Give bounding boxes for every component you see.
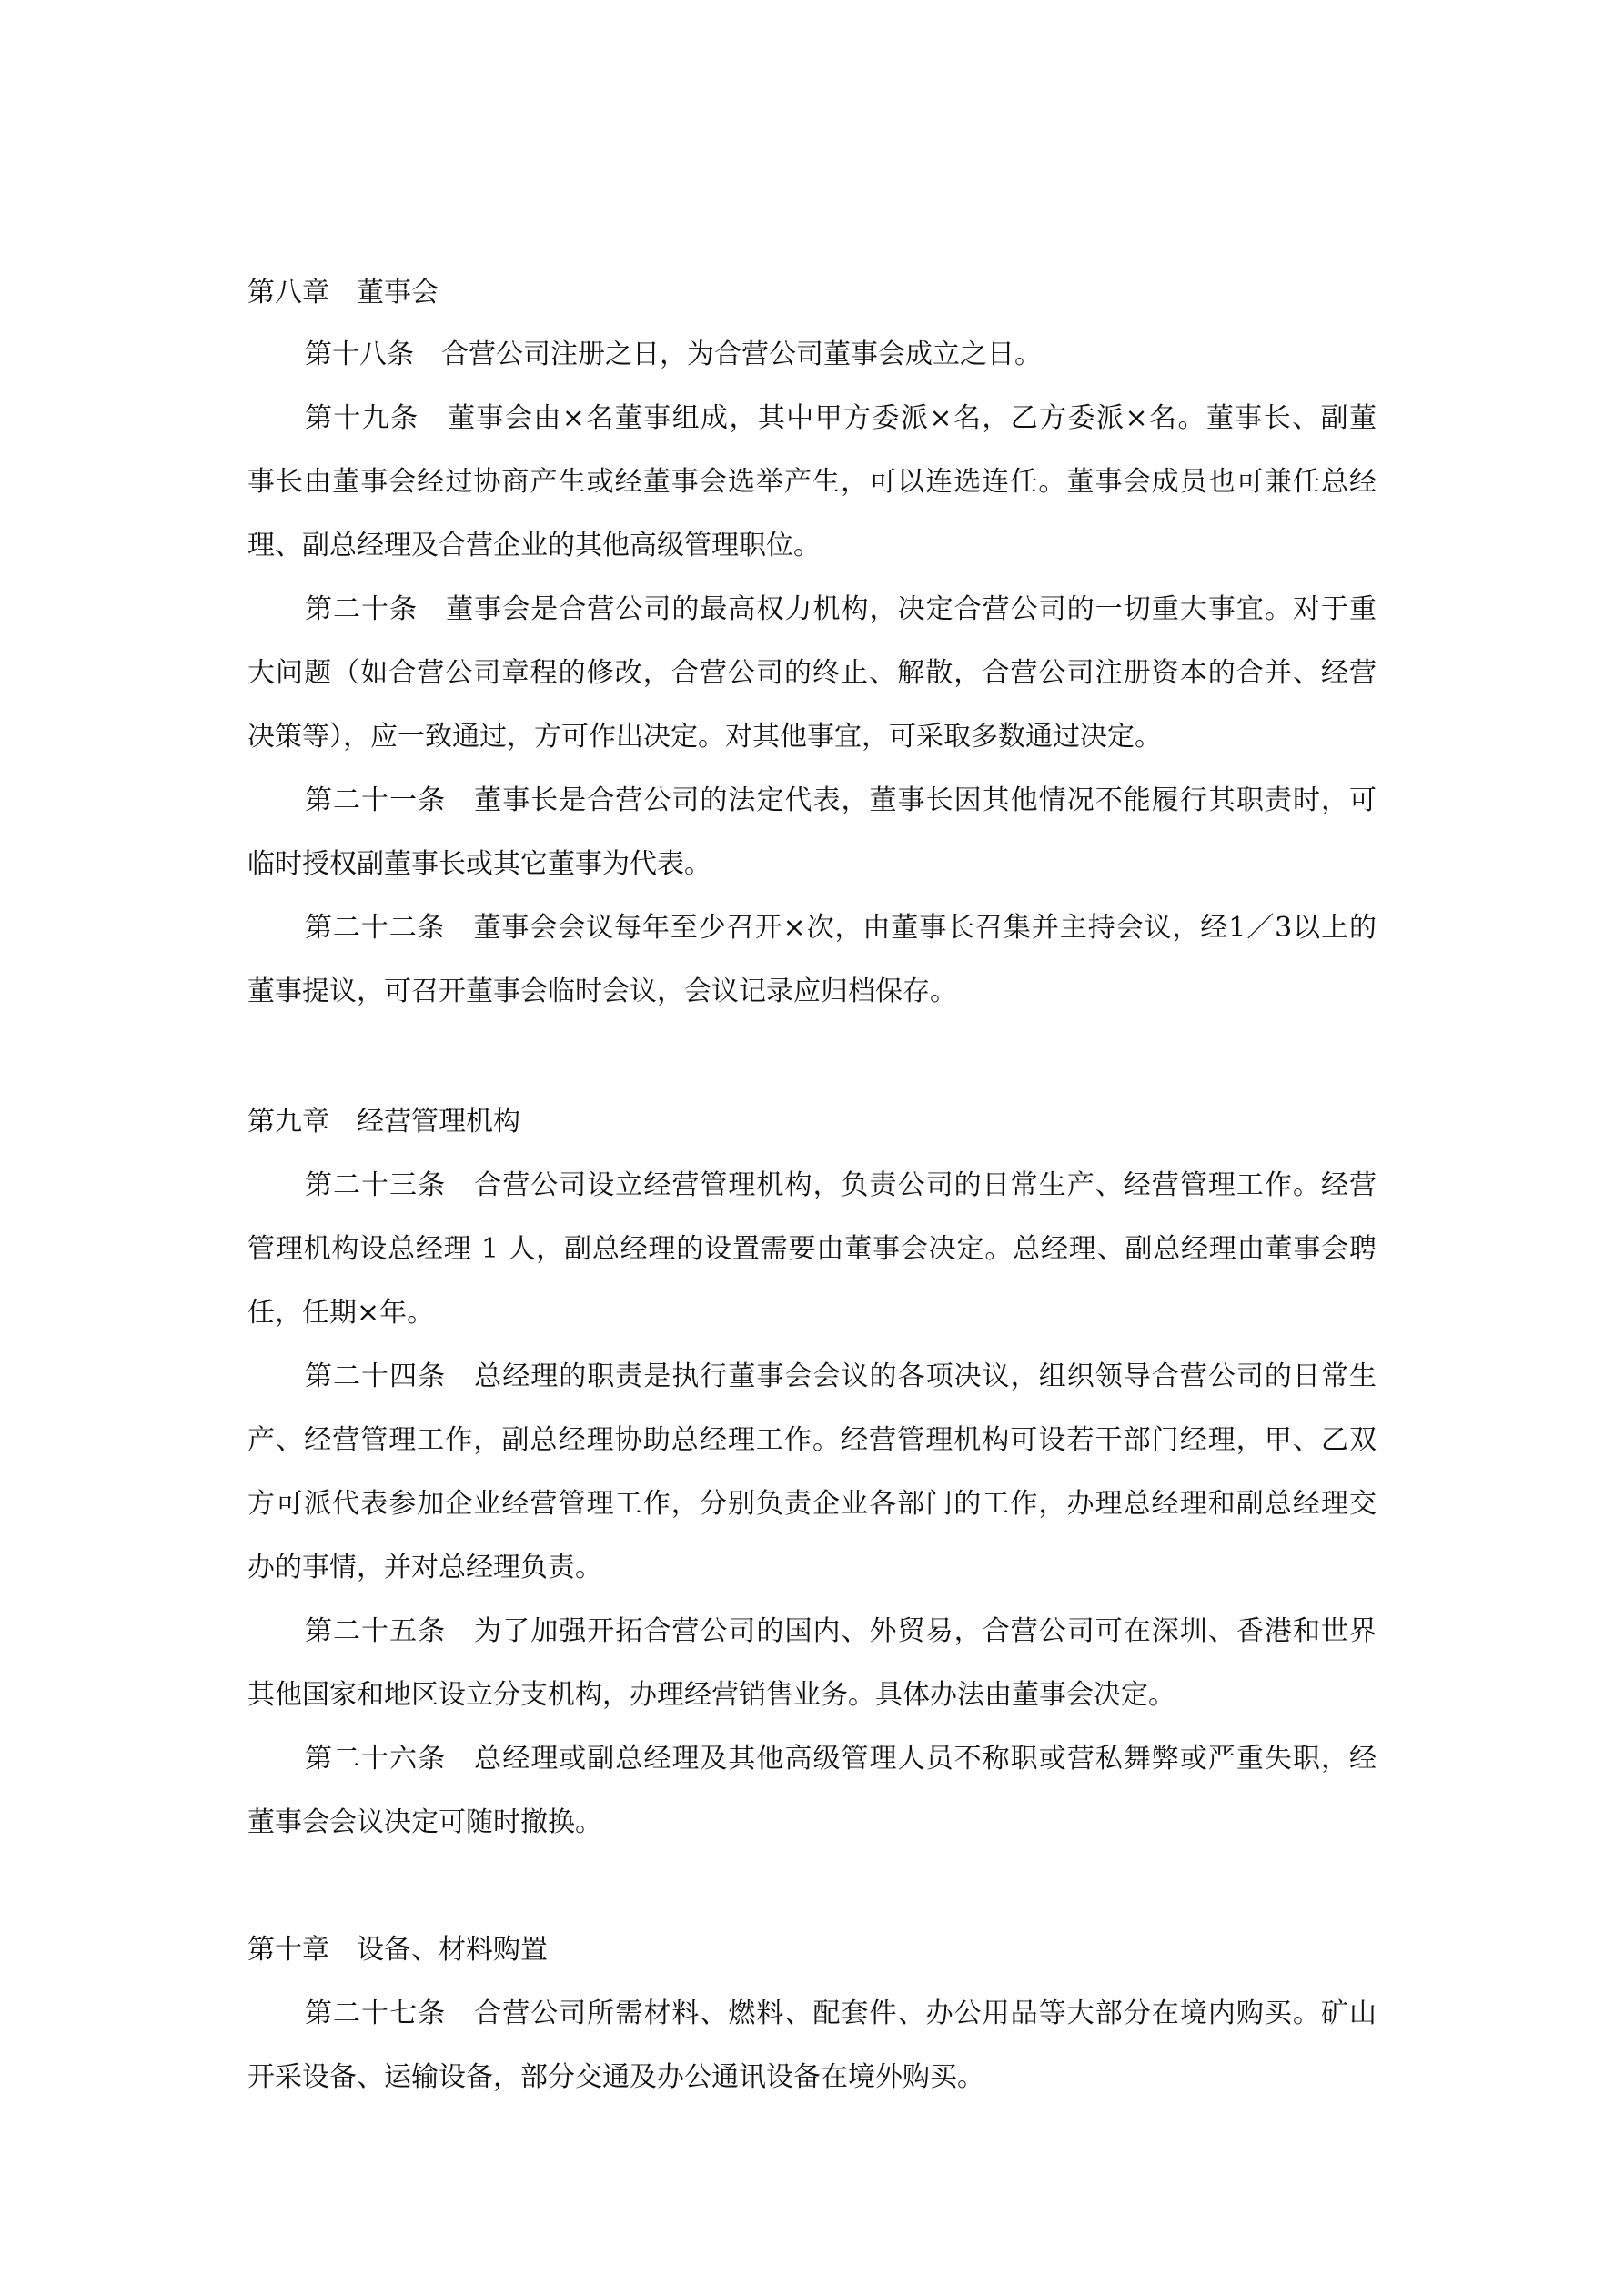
article-27-line-1: 第二十七条 合营公司所需材料、燃料、配套件、办公用品等大部分在境内购买。矿山 — [305, 1982, 1377, 2046]
chapter-heading: 第十章 设备、材料购置 — [247, 1918, 1377, 1982]
article-22-line-2: 董事提议，可召开董事会临时会议，会议记录应归档保存。 — [247, 960, 1377, 1024]
article-27-line-2: 开采设备、运输设备，部分交通及办公通讯设备在境外购买。 — [247, 2046, 1377, 2109]
article-26-line-1: 第二十六条 总经理或副总经理及其他高级管理人员不称职或营私舞弊或严重失职，经 — [305, 1727, 1377, 1791]
article-20-line-2: 大问题（如合营公司章程的修改，合营公司的终止、解散，合营公司注册资本的合并、经营 — [247, 642, 1377, 705]
article-23-line-1: 第二十三条 合营公司设立经营管理机构，负责公司的日常生产、经营管理工作。经营 — [305, 1154, 1377, 1218]
chapter-heading: 第九章 经营管理机构 — [247, 1090, 1377, 1154]
chapter-heading: 第八章 董事会 — [247, 261, 1377, 325]
article-23-line-2: 管理机构设总经理 1 人，副总经理的设置需要由董事会决定。总经理、副总经理由董事… — [247, 1218, 1377, 1281]
article-19-line-1: 第十九条 董事会由×名董事组成，其中甲方委派×名，乙方委派×名。董事长、副董 — [305, 387, 1377, 450]
article-18-line-1: 第十八条 合营公司注册之日，为合营公司董事会成立之日。 — [305, 323, 1377, 387]
article-25-line-2: 其他国家和地区设立分支机构，办理经营销售业务。具体办法由董事会决定。 — [247, 1664, 1377, 1727]
document-page: 第八章 董事会 第十八条 合营公司注册之日，为合营公司董事会成立之日。 第十九条… — [0, 0, 1624, 2296]
article-24-line-1: 第二十四条 总经理的职责是执行董事会会议的各项决议，组织领导合营公司的日常生 — [305, 1345, 1377, 1409]
article-19-line-2: 事长由董事会经过协商产生或经董事会选举产生，可以连选连任。董事会成员也可兼任总经 — [247, 450, 1377, 514]
article-24-line-4: 办的事情，并对总经理负责。 — [247, 1536, 1377, 1600]
article-19-line-3: 理、副总经理及合营企业的其他高级管理职位。 — [247, 514, 1377, 578]
article-21-line-1: 第二十一条 董事长是合营公司的法定代表，董事长因其他情况不能履行其职责时，可 — [305, 769, 1377, 833]
article-26-line-2: 董事会会议决定可随时撤换。 — [247, 1791, 1377, 1855]
article-23-line-3: 任，任期×年。 — [247, 1281, 1377, 1345]
article-22-line-1: 第二十二条 董事会会议每年至少召开×次，由董事长召集并主持会议，经1／3以上的 — [305, 896, 1377, 960]
article-25-line-1: 第二十五条 为了加强开拓合营公司的国内、外贸易，合营公司可在深圳、香港和世界 — [305, 1600, 1377, 1664]
article-21-line-2: 临时授权副董事长或其它董事为代表。 — [247, 833, 1377, 896]
article-20-line-3: 决策等），应一致通过，方可作出决定。对其他事宜，可采取多数通过决定。 — [247, 705, 1377, 769]
article-20-line-1: 第二十条 董事会是合营公司的最高权力机构，决定合营公司的一切重大事宜。对于重 — [305, 578, 1377, 642]
article-24-line-3: 方可派代表参加企业经营管理工作，分别负责企业各部门的工作，办理总经理和副总经理交 — [247, 1472, 1377, 1536]
article-24-line-2: 产、经营管理工作，副总经理协助总经理工作。经营管理机构可设若干部门经理，甲、乙双 — [247, 1409, 1377, 1472]
